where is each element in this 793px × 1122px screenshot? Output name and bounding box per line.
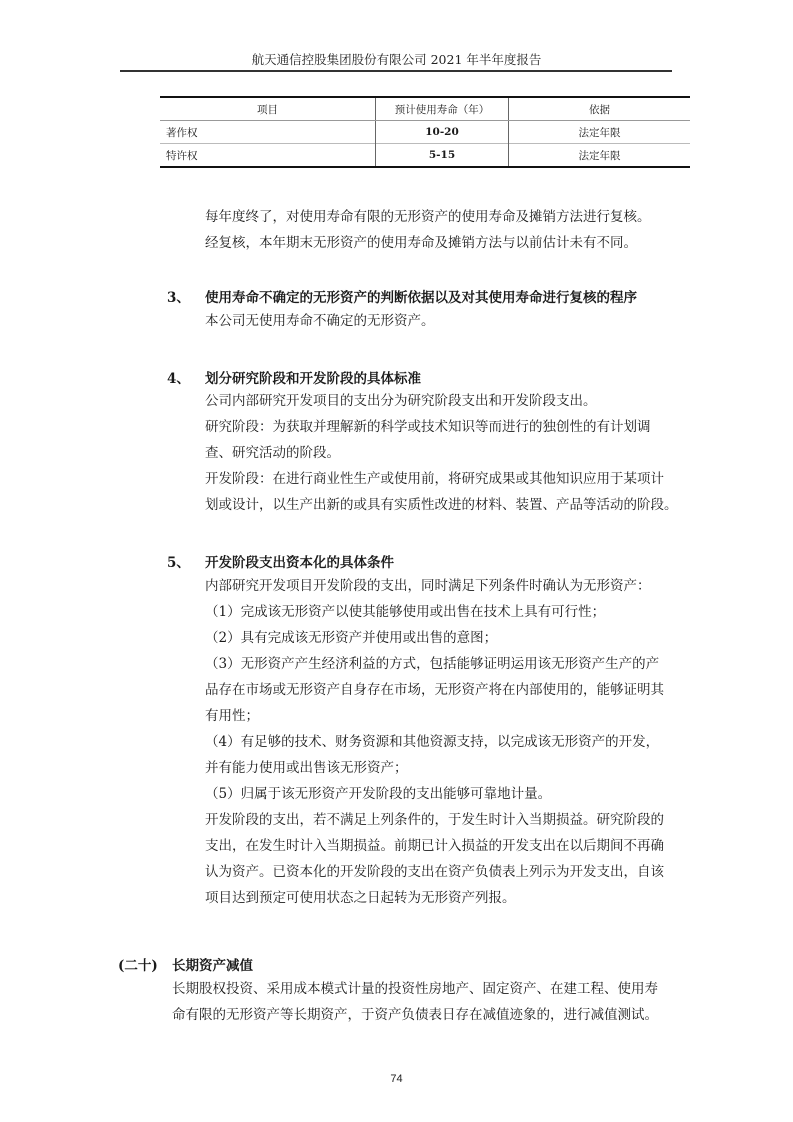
section-5-title: 开发阶段支出资本化的具体条件	[205, 551, 394, 571]
text-line: 经复核，本年期末无形资产的使用寿命及摊销方法与以前估计未有不同。	[205, 230, 685, 256]
table-cell-item: 特许权	[160, 144, 376, 168]
text-line: 每年度终了，对使用寿命有限的无形资产的使用寿命及摊销方法进行复核。	[205, 204, 685, 230]
table-header-basis: 依据	[509, 97, 691, 121]
table-cell-basis: 法定年限	[509, 144, 691, 168]
text-line: 支出，在发生时计入当期损益。前期已计入损益的开发支出在以后期间不再确	[205, 833, 685, 859]
text-line: 公司内部研究开发项目的支出分为研究阶段支出和开发阶段支出。	[205, 388, 685, 414]
list-item-3: （3）无形资产产生经济利益的方式，包括能够证明运用该无形资产生产的产	[205, 651, 685, 677]
list-item-5: （5）归属于该无形资产开发阶段的支出能够可靠地计量。	[205, 781, 685, 807]
text-line: 认为资产。已资本化的开发阶段的支出在资产负债表上列示为开发支出，自该	[205, 859, 685, 885]
text-line: 开发阶段的支出，若不满足上列条件的，于发生时计入当期损益。研究阶段的	[205, 807, 685, 833]
amortization-life-table: 项目 预计使用寿命（年） 依据 著作权 10-20 法定年限 特许权 5-15 …	[160, 96, 690, 168]
text-line: 研究阶段：为获取并理解新的科学或技术知识等而进行的独创性的有计划调	[205, 414, 685, 440]
text-line: 查、研究活动的阶段。	[205, 440, 685, 466]
table-row: 特许权 5-15 法定年限	[160, 144, 690, 168]
section-20-number: (二十)	[118, 954, 158, 974]
table-header-item: 项目	[160, 97, 376, 121]
text-line: 命有限的无形资产等长期资产，于资产负债表日存在减值迹象的，进行减值测试。	[172, 1002, 692, 1028]
table-cell-useful-life: 5-15	[376, 144, 509, 168]
text-line: 有用性；	[205, 703, 685, 729]
section-3-body: 本公司无使用寿命不确定的无形资产。	[205, 308, 685, 334]
table-cell-useful-life: 10-20	[376, 121, 509, 144]
section-4-body: 公司内部研究开发项目的支出分为研究阶段支出和开发阶段支出。 研究阶段：为获取并理…	[205, 388, 685, 518]
section-3-number: 3、	[167, 286, 190, 306]
table-cell-item: 著作权	[160, 121, 376, 144]
table-header-row: 项目 预计使用寿命（年） 依据	[160, 97, 690, 121]
text-line: 本公司无使用寿命不确定的无形资产。	[205, 308, 685, 334]
section-20-title: 长期资产减值	[172, 954, 253, 974]
text-line: 并有能力使用或出售该无形资产；	[205, 755, 685, 781]
page-number: 74	[0, 1073, 793, 1085]
section-20-body: 长期股权投资、采用成本模式计量的投资性房地产、固定资产、在建工程、使用寿 命有限…	[172, 976, 692, 1028]
text-line: 项目达到预定可使用状态之日起转为无形资产列报。	[205, 885, 685, 911]
table-row: 著作权 10-20 法定年限	[160, 121, 690, 144]
section-5-number: 5、	[167, 551, 190, 571]
section-4-title: 划分研究阶段和开发阶段的具体标准	[205, 367, 421, 387]
table-header-useful-life: 预计使用寿命（年）	[376, 97, 509, 121]
table-cell-basis: 法定年限	[509, 121, 691, 144]
list-item-2: （2）具有完成该无形资产并使用或出售的意图；	[205, 625, 685, 651]
review-paragraph: 每年度终了，对使用寿命有限的无形资产的使用寿命及摊销方法进行复核。 经复核，本年…	[205, 204, 685, 256]
text-line: 内部研究开发项目开发阶段的支出，同时满足下列条件时确认为无形资产：	[205, 573, 685, 599]
text-line: 划或设计，以生产出新的或具有实质性改进的材料、装置、产品等活动的阶段。	[205, 492, 685, 518]
section-5-body: 内部研究开发项目开发阶段的支出，同时满足下列条件时确认为无形资产： （1）完成该…	[205, 573, 685, 911]
section-4-number: 4、	[167, 367, 190, 387]
header-divider	[120, 70, 672, 72]
document-header-title: 航天通信控股集团股份有限公司 2021 年半年度报告	[0, 50, 793, 68]
text-line: 品存在市场或无形资产自身存在市场，无形资产将在内部使用的，能够证明其	[205, 677, 685, 703]
text-line: 长期股权投资、采用成本模式计量的投资性房地产、固定资产、在建工程、使用寿	[172, 976, 692, 1002]
list-item-4: （4）有足够的技术、财务资源和其他资源支持，以完成该无形资产的开发，	[205, 729, 685, 755]
text-line: 开发阶段：在进行商业性生产或使用前，将研究成果或其他知识应用于某项计	[205, 466, 685, 492]
list-item-1: （1）完成该无形资产以使其能够使用或出售在技术上具有可行性；	[205, 599, 685, 625]
section-3-title: 使用寿命不确定的无形资产的判断依据以及对其使用寿命进行复核的程序	[205, 286, 637, 306]
